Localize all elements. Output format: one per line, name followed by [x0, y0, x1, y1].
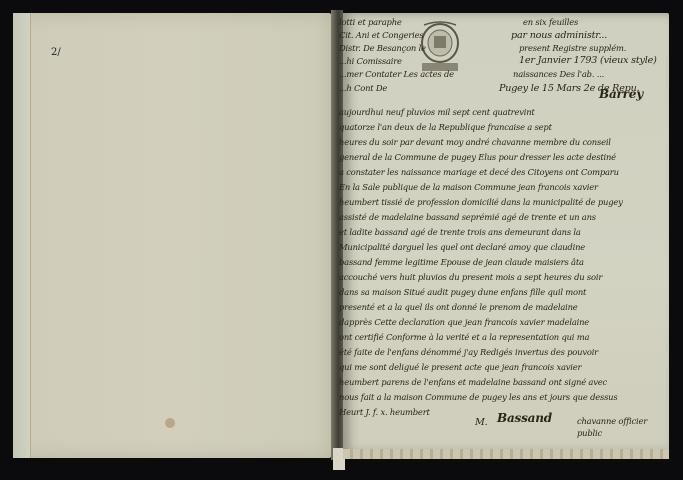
header-right-line: naissances Des l'ab. ... — [513, 69, 604, 79]
left-page-verso: 2/ — [13, 13, 331, 458]
body-line: presenté et a la quel ils ont donné le p… — [339, 302, 578, 312]
header-right-line: par nous administr... — [511, 30, 607, 41]
header-right-line: en six feuilles — [523, 17, 578, 27]
body-line: aujourdhui neuf pluvios mil sept cent qu… — [339, 107, 535, 117]
body-line: qui me sont deligué le present acte que … — [339, 362, 581, 372]
body-line: accouché vers huit pluvios du present mo… — [339, 272, 602, 282]
body-line: Heurt J. f. x. heumbert — [339, 407, 430, 417]
header-left-line: ...hi Comissaire — [339, 56, 402, 66]
page-edge — [13, 13, 31, 458]
body-line: Municipalité darguel les quel ont declar… — [339, 242, 585, 252]
torn-bottom-edge — [343, 449, 669, 459]
signature-initial: M. — [475, 417, 487, 428]
margin-mark: 2/ — [51, 47, 61, 58]
header-left-line: lotti et paraphe — [339, 17, 402, 27]
header-left-line: Distr. De Besançon le — [339, 43, 426, 53]
body-line: En la Sale publique de la maison Commune… — [339, 182, 598, 192]
body-line: general de la Commune de pugey Elus pour… — [339, 152, 616, 162]
signature-bassand: Bassand — [497, 411, 552, 425]
right-page-recto: lotti et paraphe Cit. Ani et Congeries D… — [343, 13, 669, 453]
signature-officer-note: chavanne officier public — [577, 415, 657, 439]
body-line: assisté de madelaine bassand seprémié ag… — [339, 212, 596, 222]
header-left-line: ...h Cont De — [339, 83, 387, 93]
body-line: dans sa maison Situé audit pugey dune en… — [339, 287, 586, 297]
body-line: bassand femme legitime Epouse de jean cl… — [339, 257, 584, 267]
body-line: heures du soir par devant moy andré chav… — [339, 137, 611, 147]
body-line: nous fait a la maison Commune de pugey l… — [339, 392, 617, 402]
body-line: quatorze l'an deux de la Republique fran… — [339, 122, 552, 132]
body-line: dapprès Cette declaration que jean franc… — [339, 317, 589, 327]
signature-barrey: Barrey — [599, 87, 643, 101]
body-line: et ladite bassand agé de trente trois an… — [339, 227, 581, 237]
body-line: été faite de l'enfans dénommé j'ay Redig… — [339, 347, 598, 357]
header-left-line: Cit. Ani et Congeries — [339, 30, 423, 40]
body-line: heumbert parens de l'enfans et madelaine… — [339, 377, 607, 387]
ink-stain — [165, 418, 175, 428]
header-left-line: ...mer Contater Les actes de — [339, 69, 454, 79]
header-right-line: present Registre supplém. — [519, 43, 626, 53]
body-line: a constater les naissance mariage et dec… — [339, 167, 619, 177]
header-right-line: 1er Janvier 1793 (vieux style) — [519, 55, 657, 66]
body-line: ont certifié Conforme à la verité et a l… — [339, 332, 589, 342]
body-line: heumbert tissié de profession domicilié … — [339, 197, 623, 207]
